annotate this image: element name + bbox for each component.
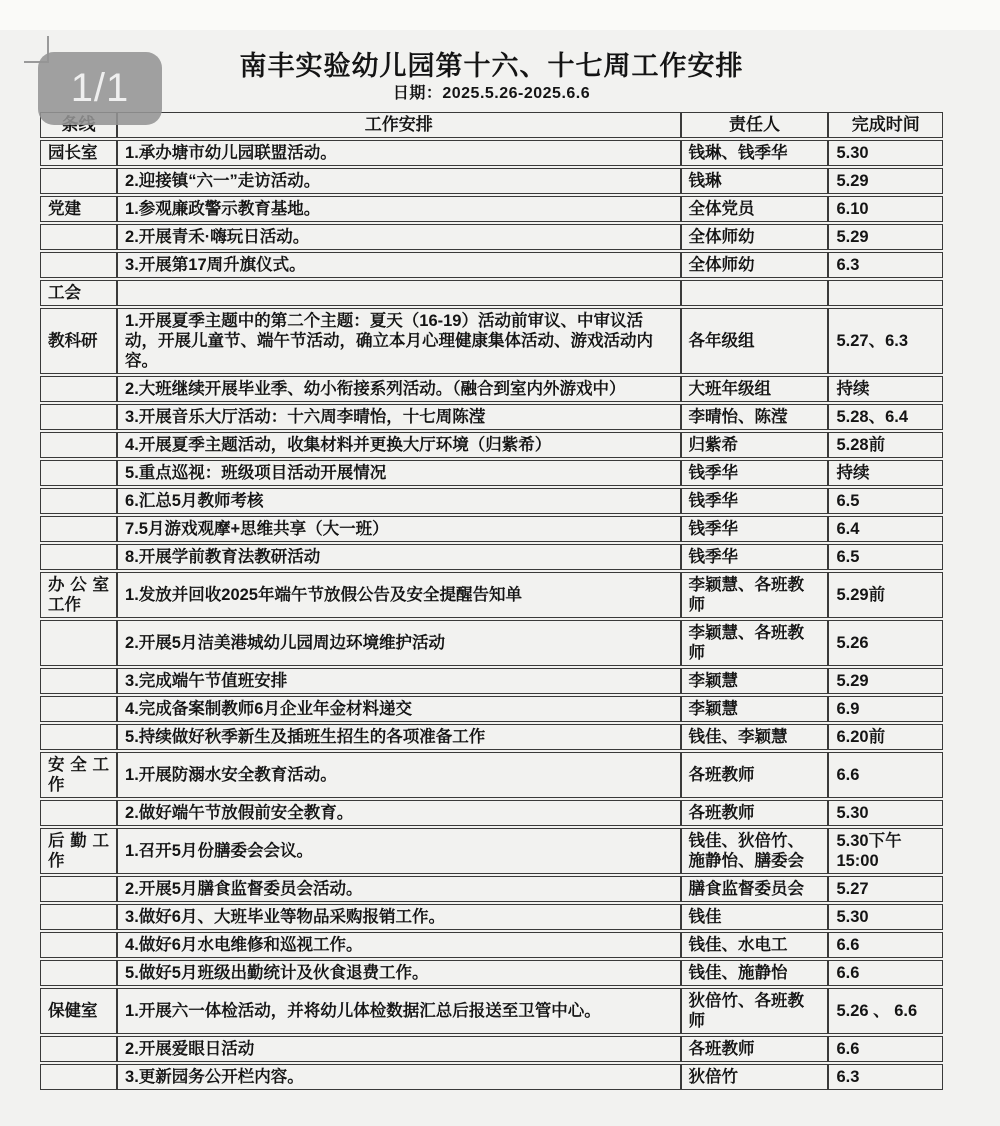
task-cell: 5.做好5月班级出勤统计及伙食退费工作。 bbox=[117, 960, 680, 986]
category-cell bbox=[40, 1036, 117, 1062]
task-cell: 1.召开5月份膳委会会议。 bbox=[117, 828, 680, 874]
deadline-cell: 6.3 bbox=[828, 1064, 943, 1090]
table-row: 7.5月游戏观摩+思维共享（大一班） 钱季华 6.4 bbox=[40, 516, 943, 542]
category-cell bbox=[40, 460, 117, 486]
category-cell bbox=[40, 404, 117, 430]
owner-cell: 各班教师 bbox=[681, 800, 829, 826]
deadline-cell: 5.29 bbox=[828, 224, 943, 250]
table-row: 园长室 1.承办塘市幼儿园联盟活动。 钱琳、钱季华 5.30 bbox=[40, 140, 943, 166]
owner-cell: 全体师幼 bbox=[681, 224, 829, 250]
owner-cell: 狄倍竹 bbox=[681, 1064, 829, 1090]
category-cell bbox=[40, 516, 117, 542]
table-row: 2.迎接镇“六一”走访活动。 钱琳 5.29 bbox=[40, 168, 943, 194]
deadline-cell: 5.29前 bbox=[828, 572, 943, 618]
category-cell: 办公室工作 bbox=[40, 572, 117, 618]
task-cell: 1.发放并回收2025年端午节放假公告及安全提醒告知单 bbox=[117, 572, 680, 618]
category-cell: 安全工作 bbox=[40, 752, 117, 798]
table-row: 工会 bbox=[40, 280, 943, 306]
table-row: 3.开展音乐大厅活动：十六周李晴怡，十七周陈滢 李晴怡、陈滢 5.28、6.4 bbox=[40, 404, 943, 430]
deadline-cell: 6.6 bbox=[828, 752, 943, 798]
category-cell bbox=[40, 224, 117, 250]
task-cell: 3.更新园务公开栏内容。 bbox=[117, 1064, 680, 1090]
deadline-cell: 5.27 bbox=[828, 876, 943, 902]
page-indicator-badge: 1/1 bbox=[38, 52, 162, 125]
category-cell bbox=[40, 800, 117, 826]
deadline-cell: 6.6 bbox=[828, 1036, 943, 1062]
table-row: 8.开展学前教育法教研活动 钱季华 6.5 bbox=[40, 544, 943, 570]
deadline-cell: 6.4 bbox=[828, 516, 943, 542]
category-cell bbox=[40, 1064, 117, 1090]
category-cell bbox=[40, 168, 117, 194]
category-cell bbox=[40, 544, 117, 570]
category-cell bbox=[40, 252, 117, 278]
owner-cell: 钱佳、李颖慧 bbox=[681, 724, 829, 750]
table-row: 办公室工作 1.发放并回收2025年端午节放假公告及安全提醒告知单 李颖慧、各班… bbox=[40, 572, 943, 618]
task-cell: 6.汇总5月教师考核 bbox=[117, 488, 680, 514]
task-cell: 1.开展防溺水安全教育活动。 bbox=[117, 752, 680, 798]
deadline-cell: 6.6 bbox=[828, 932, 943, 958]
table-row: 4.做好6月水电维修和巡视工作。 钱佳、水电工 6.6 bbox=[40, 932, 943, 958]
deadline-cell: 5.26 、 6.6 bbox=[828, 988, 943, 1034]
deadline-cell: 6.9 bbox=[828, 696, 943, 722]
owner-cell: 钱琳、钱季华 bbox=[681, 140, 829, 166]
owner-cell: 全体党员 bbox=[681, 196, 829, 222]
task-cell bbox=[117, 280, 680, 306]
owner-cell: 钱季华 bbox=[681, 488, 829, 514]
table-row: 后勤工作 1.召开5月份膳委会会议。 钱佳、狄倍竹、施静怡、膳委会 5.30下午… bbox=[40, 828, 943, 874]
category-cell: 教科研 bbox=[40, 308, 117, 374]
task-cell: 5.重点巡视：班级项目活动开展情况 bbox=[117, 460, 680, 486]
task-cell: 1.开展夏季主题中的第二个主题：夏天（16-19）活动前审议、中审议活动，开展儿… bbox=[117, 308, 680, 374]
owner-cell: 各年级组 bbox=[681, 308, 829, 374]
category-cell bbox=[40, 960, 117, 986]
table-row: 3.做好6月、大班毕业等物品采购报销工作。 钱佳 5.30 bbox=[40, 904, 943, 930]
deadline-cell: 5.29 bbox=[828, 168, 943, 194]
document-page: 南丰实验幼儿园第十六、十七周工作安排 日期：2025.5.26-2025.6.6… bbox=[40, 50, 943, 1092]
task-cell: 2.开展5月洁美港城幼儿园周边环境维护活动 bbox=[117, 620, 680, 666]
owner-cell: 钱季华 bbox=[681, 544, 829, 570]
owner-cell bbox=[681, 280, 829, 306]
task-cell: 4.开展夏季主题活动，收集材料并更换大厅环境（归紫希） bbox=[117, 432, 680, 458]
owner-cell: 钱佳、狄倍竹、施静怡、膳委会 bbox=[681, 828, 829, 874]
owner-cell: 钱佳 bbox=[681, 904, 829, 930]
table-row: 4.开展夏季主题活动，收集材料并更换大厅环境（归紫希） 归紫希 5.28前 bbox=[40, 432, 943, 458]
category-cell: 保健室 bbox=[40, 988, 117, 1034]
deadline-cell: 5.28、6.4 bbox=[828, 404, 943, 430]
owner-cell: 各班教师 bbox=[681, 1036, 829, 1062]
header-deadline: 完成时间 bbox=[828, 112, 943, 138]
table-row: 5.做好5月班级出勤统计及伙食退费工作。 钱佳、施静怡 6.6 bbox=[40, 960, 943, 986]
deadline-cell bbox=[828, 280, 943, 306]
table-row: 3.更新园务公开栏内容。 狄倍竹 6.3 bbox=[40, 1064, 943, 1090]
task-cell: 1.承办塘市幼儿园联盟活动。 bbox=[117, 140, 680, 166]
deadline-cell: 6.5 bbox=[828, 544, 943, 570]
owner-cell: 李颖慧、各班教师 bbox=[681, 620, 829, 666]
table-row: 保健室 1.开展六一体检活动，并将幼儿体检数据汇总后报送至卫管中心。 狄倍竹、各… bbox=[40, 988, 943, 1034]
deadline-cell: 6.6 bbox=[828, 960, 943, 986]
category-cell bbox=[40, 376, 117, 402]
owner-cell: 钱佳、施静怡 bbox=[681, 960, 829, 986]
category-cell bbox=[40, 432, 117, 458]
owner-cell: 膳食监督委员会 bbox=[681, 876, 829, 902]
task-cell: 3.做好6月、大班毕业等物品采购报销工作。 bbox=[117, 904, 680, 930]
task-cell: 3.开展第17周升旗仪式。 bbox=[117, 252, 680, 278]
table-row: 6.汇总5月教师考核 钱季华 6.5 bbox=[40, 488, 943, 514]
photo-top-edge bbox=[0, 0, 1000, 30]
task-cell: 2.做好端午节放假前安全教育。 bbox=[117, 800, 680, 826]
category-cell bbox=[40, 876, 117, 902]
header-task: 工作安排 bbox=[117, 112, 680, 138]
task-cell: 2.开展5月膳食监督委员会活动。 bbox=[117, 876, 680, 902]
owner-cell: 钱季华 bbox=[681, 460, 829, 486]
table-row: 教科研 1.开展夏季主题中的第二个主题：夏天（16-19）活动前审议、中审议活动… bbox=[40, 308, 943, 374]
table-row: 2.做好端午节放假前安全教育。 各班教师 5.30 bbox=[40, 800, 943, 826]
table-row: 安全工作 1.开展防溺水安全教育活动。 各班教师 6.6 bbox=[40, 752, 943, 798]
table-row: 2.开展5月膳食监督委员会活动。 膳食监督委员会 5.27 bbox=[40, 876, 943, 902]
deadline-cell: 持续 bbox=[828, 460, 943, 486]
category-cell bbox=[40, 724, 117, 750]
deadline-cell: 5.30下午15:00 bbox=[828, 828, 943, 874]
owner-cell: 各班教师 bbox=[681, 752, 829, 798]
deadline-cell: 5.30 bbox=[828, 904, 943, 930]
task-cell: 3.开展音乐大厅活动：十六周李晴怡，十七周陈滢 bbox=[117, 404, 680, 430]
owner-cell: 大班年级组 bbox=[681, 376, 829, 402]
task-cell: 1.参观廉政警示教育基地。 bbox=[117, 196, 680, 222]
table-row: 3.开展第17周升旗仪式。 全体师幼 6.3 bbox=[40, 252, 943, 278]
date-line: 日期：2025.5.26-2025.6.6 bbox=[40, 84, 943, 104]
deadline-cell: 6.20前 bbox=[828, 724, 943, 750]
task-cell: 8.开展学前教育法教研活动 bbox=[117, 544, 680, 570]
owner-cell: 狄倍竹、各班教师 bbox=[681, 988, 829, 1034]
category-cell: 园长室 bbox=[40, 140, 117, 166]
table-row: 2.开展爱眼日活动 各班教师 6.6 bbox=[40, 1036, 943, 1062]
deadline-cell: 5.27、6.3 bbox=[828, 308, 943, 374]
deadline-cell: 6.3 bbox=[828, 252, 943, 278]
table-row: 党建 1.参观廉政警示教育基地。 全体党员 6.10 bbox=[40, 196, 943, 222]
table-row: 4.完成备案制教师6月企业年金材料递交 李颖慧 6.9 bbox=[40, 696, 943, 722]
category-cell bbox=[40, 668, 117, 694]
category-cell: 党建 bbox=[40, 196, 117, 222]
header-row: 条线 工作安排 责任人 完成时间 bbox=[40, 112, 943, 138]
owner-cell: 全体师幼 bbox=[681, 252, 829, 278]
task-cell: 2.开展爱眼日活动 bbox=[117, 1036, 680, 1062]
task-cell: 2.大班继续开展毕业季、幼小衔接系列活动。（融合到室内外游戏中） bbox=[117, 376, 680, 402]
table-row: 5.重点巡视：班级项目活动开展情况 钱季华 持续 bbox=[40, 460, 943, 486]
deadline-cell: 6.10 bbox=[828, 196, 943, 222]
task-cell: 2.开展青禾·嗨玩日活动。 bbox=[117, 224, 680, 250]
task-cell: 5.持续做好秋季新生及插班生招生的各项准备工作 bbox=[117, 724, 680, 750]
owner-cell: 李颖慧 bbox=[681, 696, 829, 722]
task-cell: 1.开展六一体检活动，并将幼儿体检数据汇总后报送至卫管中心。 bbox=[117, 988, 680, 1034]
owner-cell: 钱琳 bbox=[681, 168, 829, 194]
deadline-cell: 5.26 bbox=[828, 620, 943, 666]
category-cell bbox=[40, 620, 117, 666]
deadline-cell: 5.28前 bbox=[828, 432, 943, 458]
task-cell: 3.完成端午节值班安排 bbox=[117, 668, 680, 694]
owner-cell: 李晴怡、陈滢 bbox=[681, 404, 829, 430]
deadline-cell: 5.29 bbox=[828, 668, 943, 694]
work-schedule-table: 条线 工作安排 责任人 完成时间 园长室 1.承办塘市幼儿园联盟活动。 钱琳、钱… bbox=[40, 110, 943, 1092]
task-cell: 2.迎接镇“六一”走访活动。 bbox=[117, 168, 680, 194]
category-cell: 后勤工作 bbox=[40, 828, 117, 874]
table-row: 5.持续做好秋季新生及插班生招生的各项准备工作 钱佳、李颖慧 6.20前 bbox=[40, 724, 943, 750]
table-row: 3.完成端午节值班安排 李颖慧 5.29 bbox=[40, 668, 943, 694]
page-title: 南丰实验幼儿园第十六、十七周工作安排 bbox=[40, 50, 943, 82]
task-cell: 4.做好6月水电维修和巡视工作。 bbox=[117, 932, 680, 958]
header-owner: 责任人 bbox=[681, 112, 829, 138]
owner-cell: 钱佳、水电工 bbox=[681, 932, 829, 958]
category-cell bbox=[40, 904, 117, 930]
table-row: 2.大班继续开展毕业季、幼小衔接系列活动。（融合到室内外游戏中） 大班年级组 持… bbox=[40, 376, 943, 402]
owner-cell: 归紫希 bbox=[681, 432, 829, 458]
deadline-cell: 5.30 bbox=[828, 140, 943, 166]
deadline-cell: 5.30 bbox=[828, 800, 943, 826]
task-cell: 4.完成备案制教师6月企业年金材料递交 bbox=[117, 696, 680, 722]
deadline-cell: 6.5 bbox=[828, 488, 943, 514]
table-row: 2.开展青禾·嗨玩日活动。 全体师幼 5.29 bbox=[40, 224, 943, 250]
owner-cell: 李颖慧 bbox=[681, 668, 829, 694]
task-cell: 7.5月游戏观摩+思维共享（大一班） bbox=[117, 516, 680, 542]
table-row: 2.开展5月洁美港城幼儿园周边环境维护活动 李颖慧、各班教师 5.26 bbox=[40, 620, 943, 666]
category-cell bbox=[40, 488, 117, 514]
table-body: 园长室 1.承办塘市幼儿园联盟活动。 钱琳、钱季华 5.30 2.迎接镇“六一”… bbox=[40, 140, 943, 1090]
category-cell bbox=[40, 696, 117, 722]
deadline-cell: 持续 bbox=[828, 376, 943, 402]
owner-cell: 李颖慧、各班教师 bbox=[681, 572, 829, 618]
category-cell bbox=[40, 932, 117, 958]
owner-cell: 钱季华 bbox=[681, 516, 829, 542]
category-cell: 工会 bbox=[40, 280, 117, 306]
